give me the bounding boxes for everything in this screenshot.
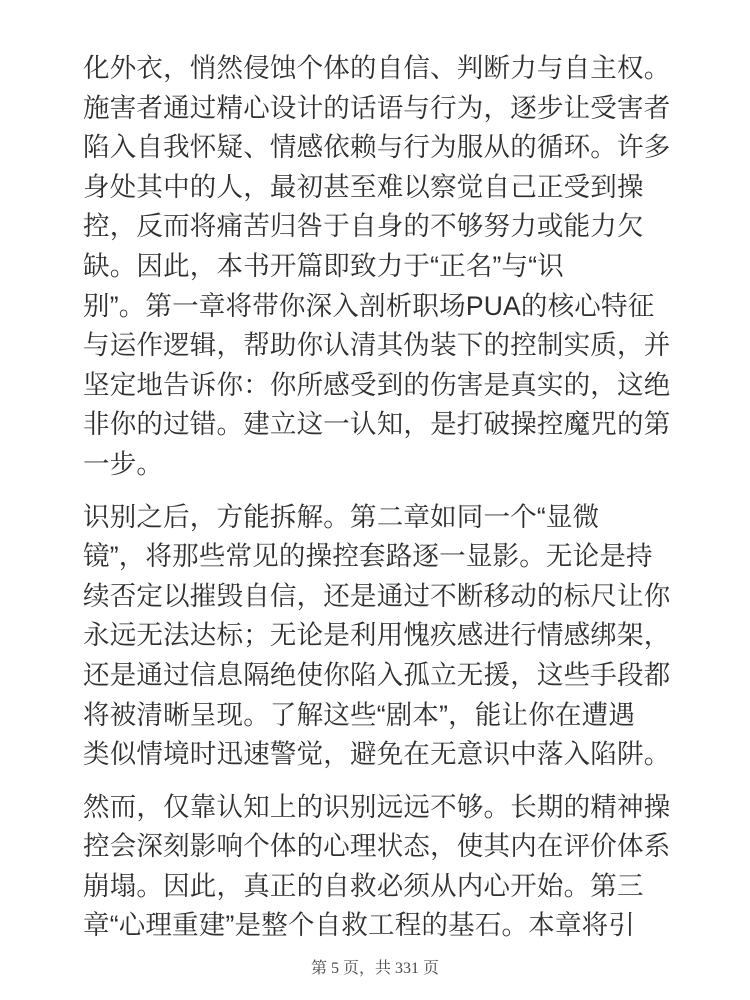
- text-line: 身处其中的人，最初甚至难以察觉自己正受到操: [83, 168, 668, 208]
- text-line: 类似情境时迅速警觉，避免在无意识中落入陷阱。: [83, 735, 668, 775]
- text-line: 施害者通过精心设计的话语与行为，逐步让受害者: [83, 89, 668, 129]
- text-line: 永远无法达标；无论是利用愧疚感进行情感绑架，: [83, 616, 668, 656]
- text-line: 续否定以摧毁自信，还是通过不断移动的标尺让你: [83, 577, 668, 617]
- text-line: 别”。第一章将带你深入剖析职场PUA的核心特征: [83, 287, 668, 327]
- text-line: 还是通过信息隔绝使你陷入孤立无援，这些手段都: [83, 656, 668, 696]
- page-number-indicator: 第 5 页，共 331 页: [0, 959, 750, 979]
- paragraph-3: 然而，仅靠认知上的识别远远不够。长期的精神操 控会深刻影响个体的心理状态，使其内…: [83, 788, 668, 946]
- text-line: 控，反而将痛苦归咎于自身的不够努力或能力欠: [83, 207, 668, 247]
- text-line: 坚定地告诉你：你所感受到的伤害是真实的，这绝: [83, 366, 668, 406]
- text-line: 与运作逻辑，帮助你认清其伪装下的控制实质，并: [83, 326, 668, 366]
- page-text-content: 化外衣，悄然侵蚀个体的自信、判断力与自主权。 施害者通过精心设计的话语与行为，逐…: [0, 0, 750, 946]
- text-line: 章“心理重建”是整个自救工程的基石。本章将引: [83, 906, 668, 946]
- text-line: 将被清晰呈现。了解这些“剧本”，能让你在遭遇: [83, 696, 668, 736]
- text-line: 一步。: [83, 445, 668, 485]
- text-line: 崩塌。因此，真正的自救必须从内心开始。第三: [83, 867, 668, 907]
- text-line: 非你的过错。建立这一认知，是打破操控魔咒的第: [83, 405, 668, 445]
- text-line: 镜”，将那些常见的操控套路逐一显影。无论是持: [83, 537, 668, 577]
- text-line: 陷入自我怀疑、情感依赖与行为服从的循环。许多: [83, 128, 668, 168]
- text-line: 然而，仅靠认知上的识别远远不够。长期的精神操: [83, 788, 668, 828]
- text-line: 化外衣，悄然侵蚀个体的自信、判断力与自主权。: [83, 49, 668, 89]
- document-page: 化外衣，悄然侵蚀个体的自信、判断力与自主权。 施害者通过精心设计的话语与行为，逐…: [0, 0, 750, 1000]
- text-line: 缺。因此，本书开篇即致力于“正名”与“识: [83, 247, 668, 287]
- paragraph-2: 识别之后，方能拆解。第二章如同一个“显微 镜”，将那些常见的操控套路逐一显影。无…: [83, 498, 668, 775]
- paragraph-1: 化外衣，悄然侵蚀个体的自信、判断力与自主权。 施害者通过精心设计的话语与行为，逐…: [83, 49, 668, 485]
- text-line: 控会深刻影响个体的心理状态，使其内在评价体系: [83, 827, 668, 867]
- text-line: 识别之后，方能拆解。第二章如同一个“显微: [83, 498, 668, 538]
